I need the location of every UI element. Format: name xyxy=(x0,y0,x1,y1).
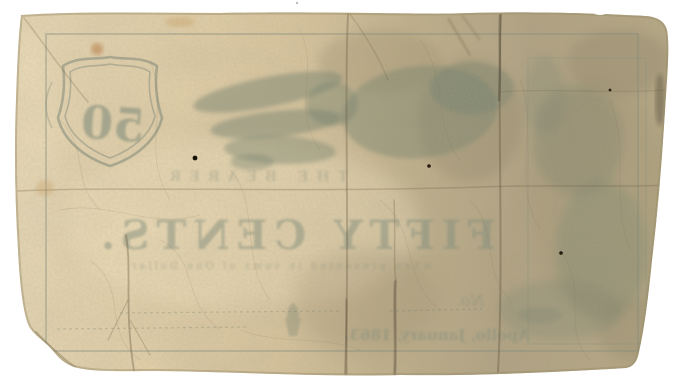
brown-stain xyxy=(35,350,49,364)
photo-of-banknote-reverse: 50 THE BEARER FIFTY CENTS. xyxy=(0,0,680,391)
dust-speck xyxy=(296,2,298,4)
paper-grain xyxy=(0,0,680,391)
banknote-artwork: 50 THE BEARER FIFTY CENTS. xyxy=(0,0,680,391)
rust-stain xyxy=(91,43,103,55)
ink-speck xyxy=(193,156,198,161)
